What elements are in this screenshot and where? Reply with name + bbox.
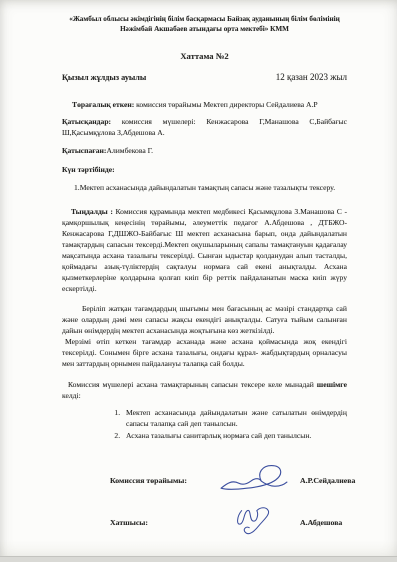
attendees-line: Қатысқандар: комиссия мүшелері: Кенжасар… <box>62 116 347 138</box>
signature-row-secretary: Хатшысы: А.Абдешова <box>110 503 347 541</box>
org-header: «Жамбыл облысы әкімдігінің білім басқарм… <box>62 14 347 34</box>
secretary-signature-name: А.Абдешова <box>300 518 342 527</box>
agenda-item-1: 1.Мектеп асханасында дайындалатын тамақт… <box>62 182 347 193</box>
agenda-heading: Күн тәртібінде: <box>62 164 347 175</box>
absent-label: Қатыспаған: <box>62 146 106 155</box>
org-name-line2: Нәжімбай Акшабаев атындағы орта мектебі»… <box>62 24 347 34</box>
chairperson-line: Төрағалық еткен: комиссия төрайымы Мекте… <box>62 99 347 110</box>
document-title: Хаттама №2 <box>62 51 347 61</box>
scan-edge <box>0 556 397 562</box>
chairperson-text: комиссия төрайымы Мектеп директоры Сейда… <box>134 100 317 109</box>
decision-item-2: Асхана тазалығы санитарлық нормаға сай д… <box>122 430 347 441</box>
heard-label: Тыңдалды : <box>71 207 113 216</box>
decision-item-1-text: Мектеп асханасында дайындалатын және сат… <box>126 408 347 428</box>
decision-word: шешімге <box>317 380 347 389</box>
chair-signature-stroke <box>221 466 287 490</box>
decision-item-1: Мектеп асханасында дайындалатын және сат… <box>122 407 347 429</box>
secretary-signature-stroke <box>238 508 269 534</box>
decision-intro: Комиссия мүшелері асхана тамақтарының са… <box>62 379 347 401</box>
chair-signature-label: Комиссия төрайымы: <box>110 476 218 485</box>
chairperson-label: Төрағалық еткен: <box>72 100 134 109</box>
absent-line: Қатыспаған:Алимбекова Г. <box>62 145 347 156</box>
decision-list: Мектеп асханасында дайындалатын және сат… <box>62 407 347 441</box>
chair-signature-icon <box>218 461 290 499</box>
attendees-label: Қатысқандар: <box>62 117 111 126</box>
decision-intro-before: Комиссия мүшелері асхана тамақтарының са… <box>68 380 317 389</box>
place-date-row: Қызыл жұлдыз ауылы 12 қазан 2023 жыл <box>62 72 347 82</box>
secretary-signature-icon <box>218 503 290 541</box>
decision-intro-after: келді: <box>62 391 81 400</box>
decision-item-2-text: Асхана тазалығы санитарлық нормаға сай д… <box>126 431 311 440</box>
chair-signature-name: А.Р.Сейдалиева <box>300 476 355 485</box>
org-name-line1: «Жамбыл облысы әкімдігінің білім басқарм… <box>62 14 347 24</box>
place-name: Қызыл жұлдыз ауылы <box>62 73 146 82</box>
findings-paragraph: Беріліп жатқан тағамдардың шығымы мен ба… <box>62 303 347 336</box>
expiry-check-paragraph: Мерзімі өтіп кеткен тағамдар асханада жә… <box>62 336 347 369</box>
document-date: 12 қазан 2023 жыл <box>276 72 347 82</box>
absent-text: Алимбекова Г. <box>106 146 153 155</box>
heard-text: Комиссия құрамында мектеп медбикесі Қасы… <box>62 207 347 293</box>
secretary-signature-label: Хатшысы: <box>110 518 218 527</box>
signature-row-chair: Комиссия төрайымы: А.Р.Сейдалиева <box>110 461 347 499</box>
heard-paragraph: Тыңдалды : Комиссия құрамында мектеп мед… <box>62 206 347 294</box>
scanned-protocol-page: «Жамбыл облысы әкімдігінің білім басқарм… <box>0 0 397 562</box>
